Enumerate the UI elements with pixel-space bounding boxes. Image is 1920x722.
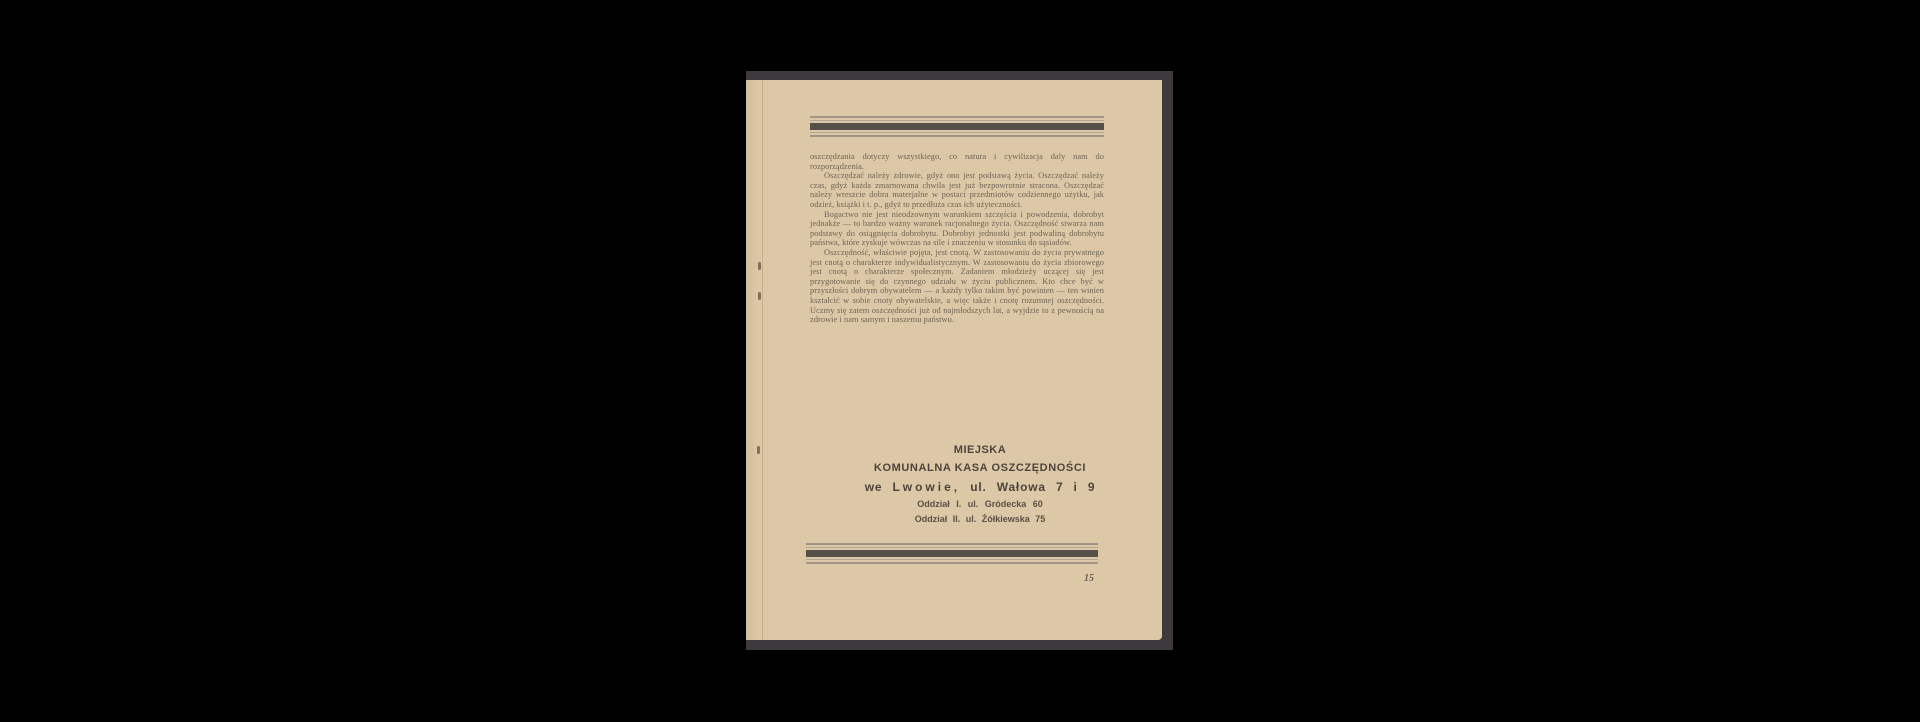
ad-address-city: Lwowie, [892, 480, 960, 494]
ad-line-miejska: MIEJSKA [860, 442, 1100, 459]
binding-hole-mark [758, 292, 761, 300]
ad-line-bank-name: KOMUNALNA KASA OSZCZĘDNOŚCI [860, 459, 1100, 477]
page-number: 15 [1084, 573, 1094, 584]
top-decorative-rule [810, 116, 1104, 137]
ad-branch-1: Oddział I. ul. Gródecka 60 [860, 497, 1100, 512]
ad-address-street: ul. Wałowa 7 i 9 [970, 480, 1095, 494]
binding-hole-mark [757, 446, 760, 454]
ad-address-prefix: we [865, 480, 883, 494]
bank-advertisement: MIEJSKA KOMUNALNA KASA OSZCZĘDNOŚCI we L… [860, 442, 1100, 526]
binding-hole-mark [758, 262, 761, 270]
paragraph: Bogactwo nie jest nieodzownym warunkiem … [810, 210, 1104, 248]
binding-fold [762, 80, 763, 640]
ad-branch-2: Oddział II. ul. Żółkiewska 75 [860, 512, 1100, 526]
bottom-decorative-rule [806, 543, 1098, 564]
paragraph: Oszczędzać należy zdrowie, gdyż ono jest… [810, 171, 1104, 209]
paragraph: Oszczędność, właściwie pojęta, jest cnot… [810, 248, 1104, 325]
body-text: oszczędzania dotyczy wszystkiego, co nat… [810, 152, 1104, 325]
paragraph: oszczędzania dotyczy wszystkiego, co nat… [810, 152, 1104, 171]
ad-line-address: we Lwowie, ul. Wałowa 7 i 9 [860, 477, 1100, 497]
